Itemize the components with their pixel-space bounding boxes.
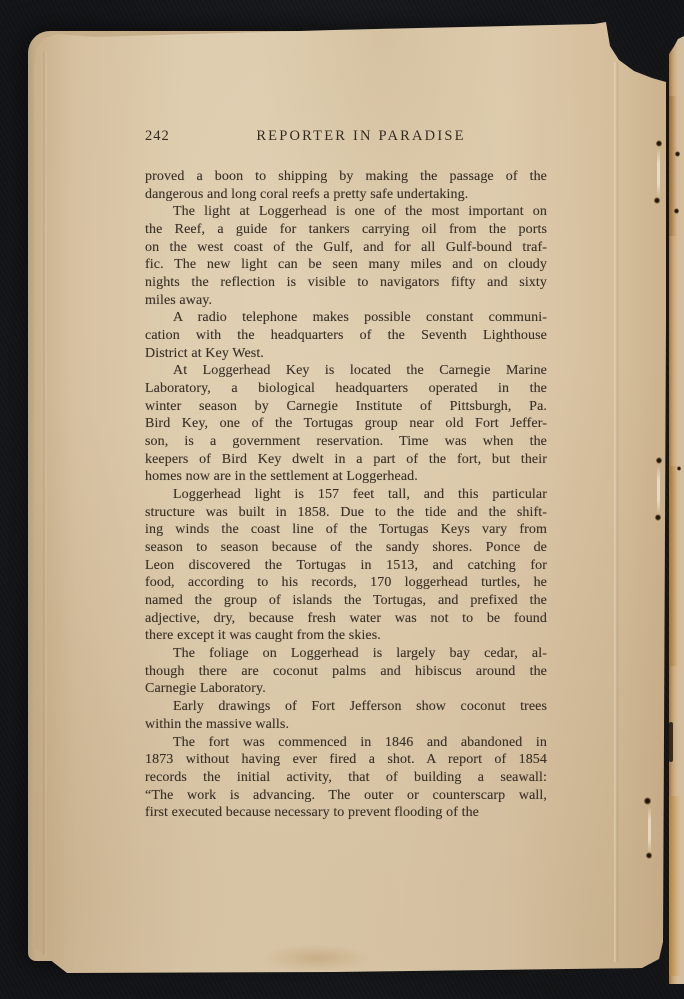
page-body: proved a boon to shipping by making the … (145, 168, 547, 822)
text-line: proved a boon to shipping by making the … (145, 168, 547, 186)
paragraph: At Loggerhead Key is located the Carnegi… (145, 362, 547, 486)
wormhole-spot (644, 797, 651, 805)
text-line: there except it was caught from the skie… (145, 627, 547, 645)
paragraph: proved a boon to shipping by making the … (145, 168, 547, 203)
book-page: 242 REPORTER IN PARADISE proved a boon t… (34, 22, 666, 974)
text-line: Early drawings of Fort Jefferson show co… (145, 698, 547, 716)
text-line: food, according to his records, 170 logg… (145, 574, 547, 592)
text-line: The foliage on Loggerhead is largely bay… (145, 645, 547, 663)
next-page-edge (669, 36, 684, 984)
text-line: ing winds the coast line of the Tortugas… (145, 521, 547, 539)
text-line: Laboratory, a biological headquarters op… (145, 380, 547, 398)
wormhole-spot (677, 466, 681, 471)
paragraph: Loggerhead light is 157 feet tall, and t… (145, 486, 547, 645)
paragraph: The light at Loggerhead is one of the mo… (145, 203, 547, 309)
paragraph: Early drawings of Fort Jefferson show co… (145, 698, 547, 733)
edge-burn-mark (669, 722, 673, 762)
text-line: 1873 without having ever fired a shot. A… (145, 751, 547, 769)
edge-stain (669, 466, 679, 666)
text-line: Carnegie Laboratory. (145, 680, 547, 698)
text-line: nights the reflection is visible to navi… (145, 274, 547, 292)
edge-stain (669, 96, 678, 236)
text-line: cation with the headquarters of the Seve… (145, 327, 547, 345)
text-line: Leon discovered the Tortugas in 1513, an… (145, 557, 547, 575)
paragraph: The foliage on Loggerhead is largely bay… (145, 645, 547, 698)
text-line: “The work is advancing. The outer or cou… (145, 787, 547, 805)
text-line: The fort was commenced in 1846 and aband… (145, 734, 547, 752)
text-line: structure was built in 1858. Due to the … (145, 504, 547, 522)
paragraph: The fort was commenced in 1846 and aband… (145, 734, 547, 822)
text-line: though there are coconut palms and hibis… (145, 663, 547, 681)
paragraph: A radio telephone makes possible constan… (145, 309, 547, 362)
text-line: dangerous and long coral reefs a pretty … (145, 186, 547, 204)
text-line: fic. The new light can be seen many mile… (145, 256, 547, 274)
wormhole-spot (656, 140, 662, 147)
wormhole-spot (675, 151, 680, 157)
crease-line (614, 62, 619, 962)
text-line: At Loggerhead Key is located the Carnegi… (145, 362, 547, 380)
running-title: REPORTER IN PARADISE (145, 128, 547, 145)
text-line: keepers of Bird Key dwelt in a part of t… (145, 451, 547, 469)
scratch-mark (657, 148, 660, 198)
page-number: 242 (145, 128, 170, 145)
text-line: within the massive walls. (145, 716, 547, 734)
text-line: adjective, dry, because fresh water was … (145, 610, 547, 628)
text-line: named the group of islands the Tortugas,… (145, 592, 547, 610)
text-line: The light at Loggerhead is one of the mo… (145, 203, 547, 221)
photo-background: 242 REPORTER IN PARADISE proved a boon t… (0, 0, 684, 999)
text-line: first executed because necessary to prev… (145, 804, 547, 822)
running-head: 242 REPORTER IN PARADISE (145, 128, 547, 148)
paper-stain (262, 944, 372, 972)
text-line: season to season because of the sandy sh… (145, 539, 547, 557)
text-line: A radio telephone makes possible constan… (145, 309, 547, 327)
wormhole-spot (655, 514, 661, 521)
text-line: winter season by Carnegie Institute of P… (145, 398, 547, 416)
text-line: records the initial activity, that of bu… (145, 769, 547, 787)
text-line: on the west coast of the Gulf, and for a… (145, 239, 547, 257)
text-line: son, is a government reservation. Time w… (145, 433, 547, 451)
wormhole-spot (674, 208, 679, 214)
wormhole-spot (654, 197, 660, 204)
text-line: the Reef, a guide for tankers carrying o… (145, 221, 547, 239)
text-line: District at Key West. (145, 345, 547, 363)
text-line: homes now are in the settlement at Logge… (145, 468, 547, 486)
text-line: Bird Key, one of the Tortugas group near… (145, 415, 547, 433)
crease-line (43, 52, 47, 967)
text-line: Loggerhead light is 157 feet tall, and t… (145, 486, 547, 504)
scratch-mark (657, 465, 660, 515)
scratch-mark (648, 806, 651, 854)
wormhole-spot (656, 457, 662, 464)
edge-stain (669, 796, 681, 976)
text-line: miles away. (145, 292, 547, 310)
